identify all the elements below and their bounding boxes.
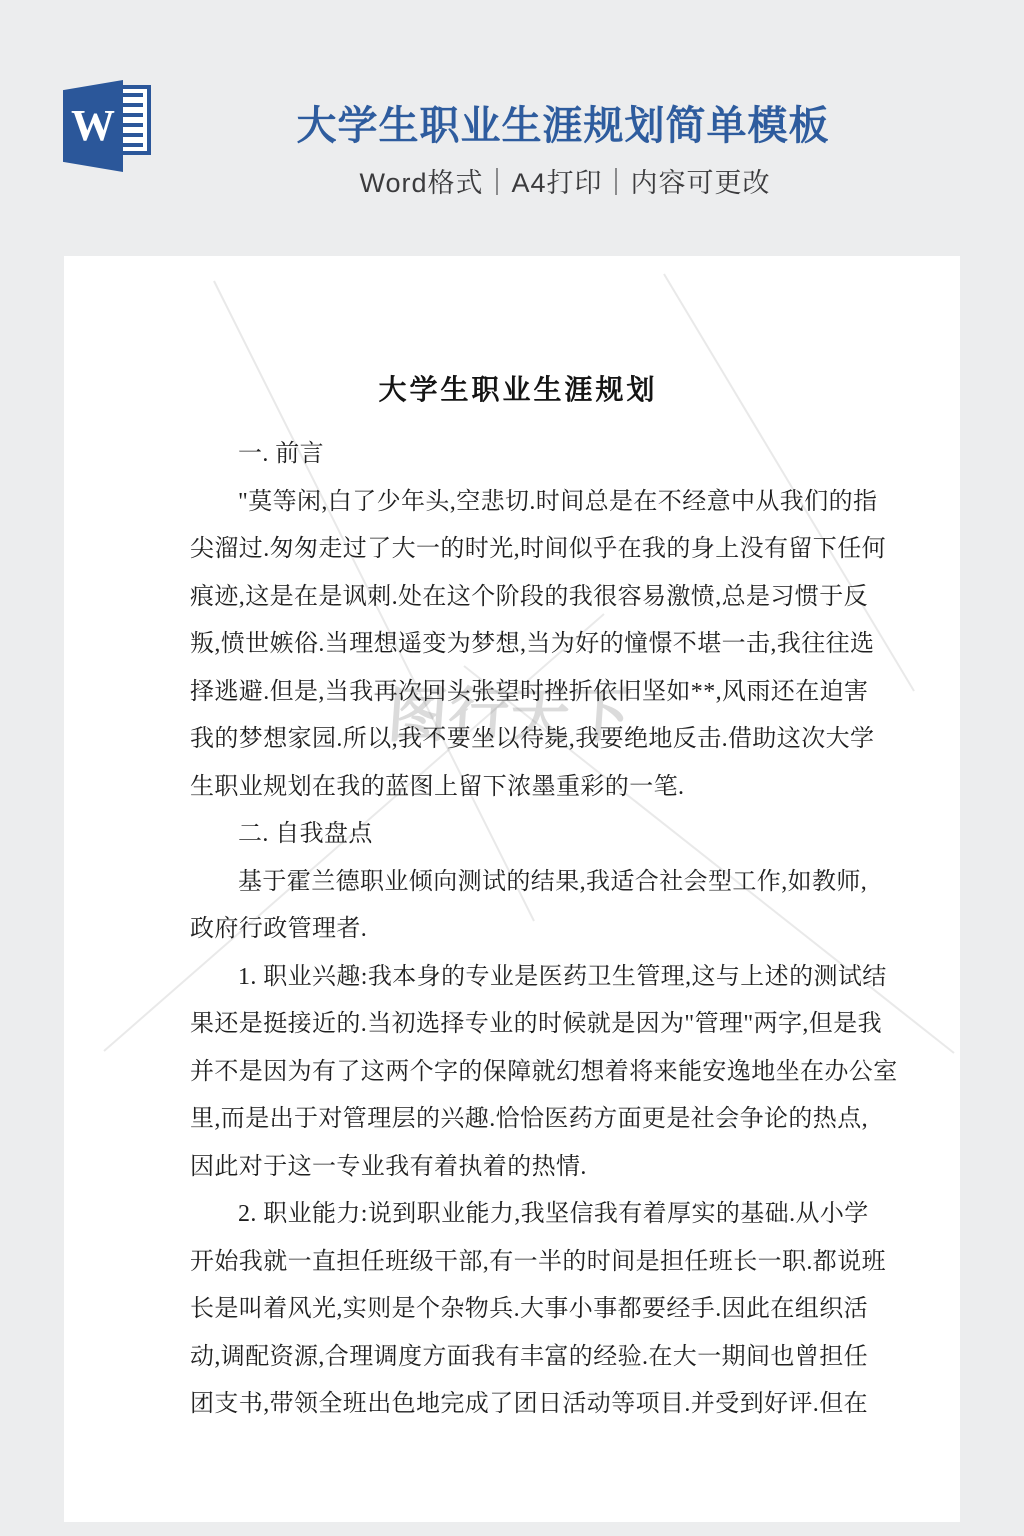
header: W 大学生职业生涯规划简单模板 Word格式｜A4打印｜内容可更改: [0, 0, 1024, 256]
document-line: 叛,愤世嫉俗.当理想遥变为梦想,当为好的憧憬不堪一击,我往往选: [190, 621, 846, 669]
document-line: 长是叫着风光,实则是个杂物兵.大事小事都要经手.因此在组织活: [190, 1286, 846, 1334]
document-line: 果还是挺接近的.当初选择专业的时候就是因为"管理"两字,但是我: [190, 1001, 846, 1049]
document-line: 基于霍兰德职业倾向测试的结果,我适合社会型工作,如教师,: [190, 859, 846, 907]
document-line: 择逃避.但是,当我再次回头张望时挫折依旧坚如**,风雨还在迫害: [190, 669, 846, 717]
document-line: 团支书,带领全班出色地完成了团日活动等项目.并受到好评.但在: [190, 1381, 846, 1429]
document-body: 一. 前言"莫等闲,白了少年头,空悲切.时间总是在不经意中从我们的指尖溜过.匆匆…: [190, 431, 846, 1429]
document-line: 尖溜过.匆匆走过了大一的时光,时间似乎在我的身上没有留下任何: [190, 526, 846, 574]
document-line: 痕迹,这是在是讽刺.处在这个阶段的我很容易激愤,总是习惯于反: [190, 574, 846, 622]
page-title: 大学生职业生涯规划简单模板: [297, 94, 830, 151]
document-line: 政府行政管理者.: [190, 906, 846, 954]
document-line: 生职业规划在我的蓝图上留下浓墨重彩的一笔.: [190, 764, 846, 812]
template-preview: { "header": { "title": "大学生职业生涯规划简单模板", …: [0, 0, 1024, 1536]
word-letter: W: [71, 104, 115, 148]
document-line: 我的梦想家园.所以,我不要坐以待毙,我要绝地反击.借助这次大学: [190, 716, 846, 764]
page-subtitle: Word格式｜A4打印｜内容可更改: [359, 161, 770, 200]
document-line: 动,调配资源,合理调度方面我有丰富的经验.在大一期间也曾担任: [190, 1334, 846, 1382]
document-page: 图行天下 大学生职业生涯规划 一. 前言"莫等闲,白了少年头,空悲切.时间总是在…: [64, 256, 960, 1522]
document-line: 2. 职业能力:说到职业能力,我坚信我有着厚实的基础.从小学: [190, 1191, 846, 1239]
document-title: 大学生职业生涯规划: [190, 256, 846, 408]
word-flap-icon: W: [63, 80, 123, 172]
document-line: 二. 自我盘点: [190, 811, 846, 859]
document-line: 里,而是出于对管理层的兴趣.恰恰医药方面更是社会争论的热点,: [190, 1096, 846, 1144]
document-line: 开始我就一直担任班级干部,有一半的时间是担任班长一职.都说班: [190, 1239, 846, 1287]
document-line: 一. 前言: [190, 431, 846, 479]
document-line: 1. 职业兴趣:我本身的专业是医药卫生管理,这与上述的测试结: [190, 954, 846, 1002]
document-line: "莫等闲,白了少年头,空悲切.时间总是在不经意中从我们的指: [190, 479, 846, 527]
word-logo-icon: W: [63, 80, 157, 172]
document-line: 并不是因为有了这两个字的保障就幻想着将来能安逸地坐在办公室: [190, 1049, 846, 1097]
document-line: 因此对于这一专业我有着执着的热情.: [190, 1144, 846, 1192]
